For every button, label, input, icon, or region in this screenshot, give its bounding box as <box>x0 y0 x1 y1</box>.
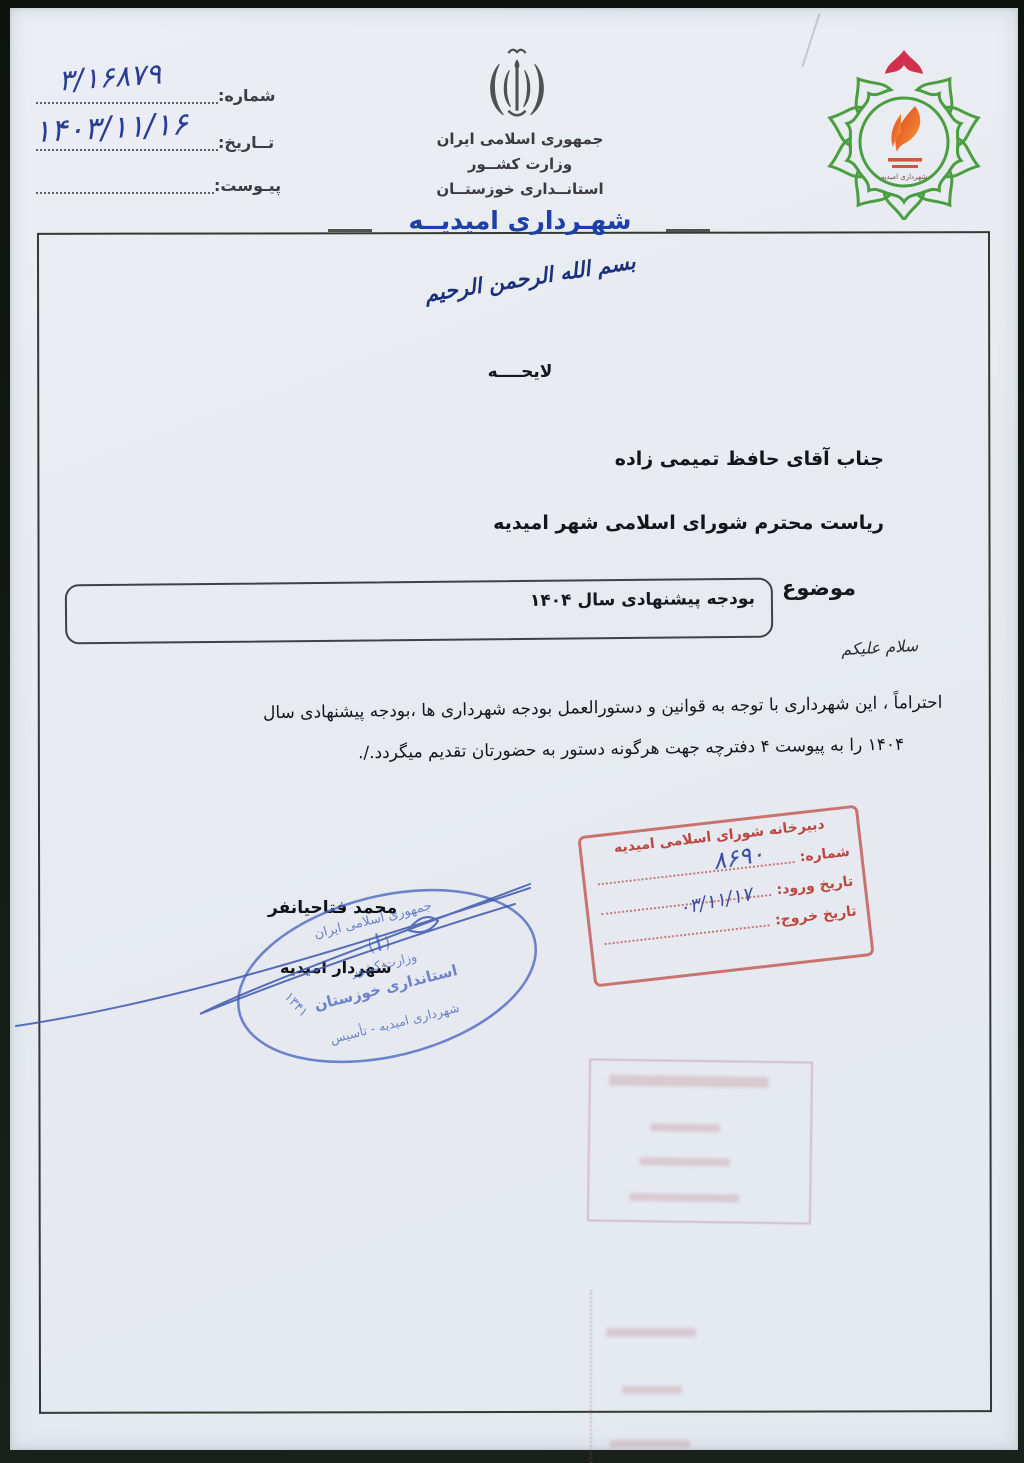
paper-crease <box>801 13 820 67</box>
faded-text-smudge <box>622 1386 682 1394</box>
number-field-label: شماره: <box>218 86 290 105</box>
faded-stamp-lower <box>590 1290 728 1463</box>
letterhead-municipality-title: شهـرداری امیدیــه <box>340 206 700 235</box>
recipient-title: ریاست محترم شورای اسلامی شهر امیدیه <box>493 512 884 534</box>
secretariat-receipt-stamp: دبیرخانه شورای اسلامی امیدیه شماره: تاری… <box>577 805 874 988</box>
letterhead-ministry: وزارت کشــور <box>340 155 700 173</box>
faded-text-smudge <box>606 1328 696 1337</box>
receipt-exit-line <box>605 924 770 945</box>
faded-text-smudge <box>610 1440 690 1448</box>
doc-type-label: لایحــــه <box>450 362 590 382</box>
municipality-seal-icon: شهرداری امیدیه <box>822 48 982 220</box>
date-field-handwritten-value: ۱۴۰۳/۱۱/۱۶ <box>33 106 189 150</box>
iran-emblem-icon <box>462 46 572 132</box>
seal-caption: شهرداری امیدیه <box>881 173 927 181</box>
attachment-field-label: پیـوست: <box>214 176 290 195</box>
date-field-line <box>36 149 218 151</box>
subject-box: بودجه پیشنهادی سال ۱۴۰۴ <box>65 578 774 645</box>
faded-stamp-upper <box>587 1058 813 1224</box>
scanned-letter: شماره: ۳/۱۶۸۷۹ تــاریخ: ۱۴۰۳/۱۱/۱۶ پیـوس… <box>0 0 1024 1463</box>
paper: شماره: ۳/۱۶۸۷۹ تــاریخ: ۱۴۰۳/۱۱/۱۶ پیـوس… <box>10 8 1018 1450</box>
faded-text-smudge <box>609 1075 769 1088</box>
number-field-handwritten-value: ۳/۱۶۸۷۹ <box>57 56 162 97</box>
subject-value: بودجه پیشنهادی سال ۱۴۰۴ <box>530 589 755 611</box>
faded-text-smudge <box>650 1123 720 1132</box>
letterhead-country: جمهوری اسلامی ایران <box>340 130 700 148</box>
title-dash-right <box>666 229 710 232</box>
signature-strokes <box>10 866 570 1056</box>
faded-text-smudge <box>629 1193 739 1203</box>
receipt-number-label: شماره: <box>799 844 851 866</box>
receipt-exit-date-label: تاریخ خروج: <box>774 903 857 928</box>
subject-label: موضوع <box>782 576 856 600</box>
seal-tulip-icon <box>885 50 923 74</box>
receipt-entry-date-label: تاریخ ورود: <box>776 874 854 899</box>
salutation: سلام علیکم <box>840 636 918 659</box>
faded-text-smudge <box>640 1157 730 1166</box>
title-dash-left <box>328 229 372 232</box>
date-field-label: تــاریخ: <box>218 133 290 152</box>
letterhead-governorate: استانــداری خوزستــان <box>340 180 700 198</box>
attachment-field-line <box>36 192 214 194</box>
recipient-name: جناب آقای حافظ تمیمی زاده <box>615 448 884 470</box>
number-field-line <box>36 102 218 104</box>
